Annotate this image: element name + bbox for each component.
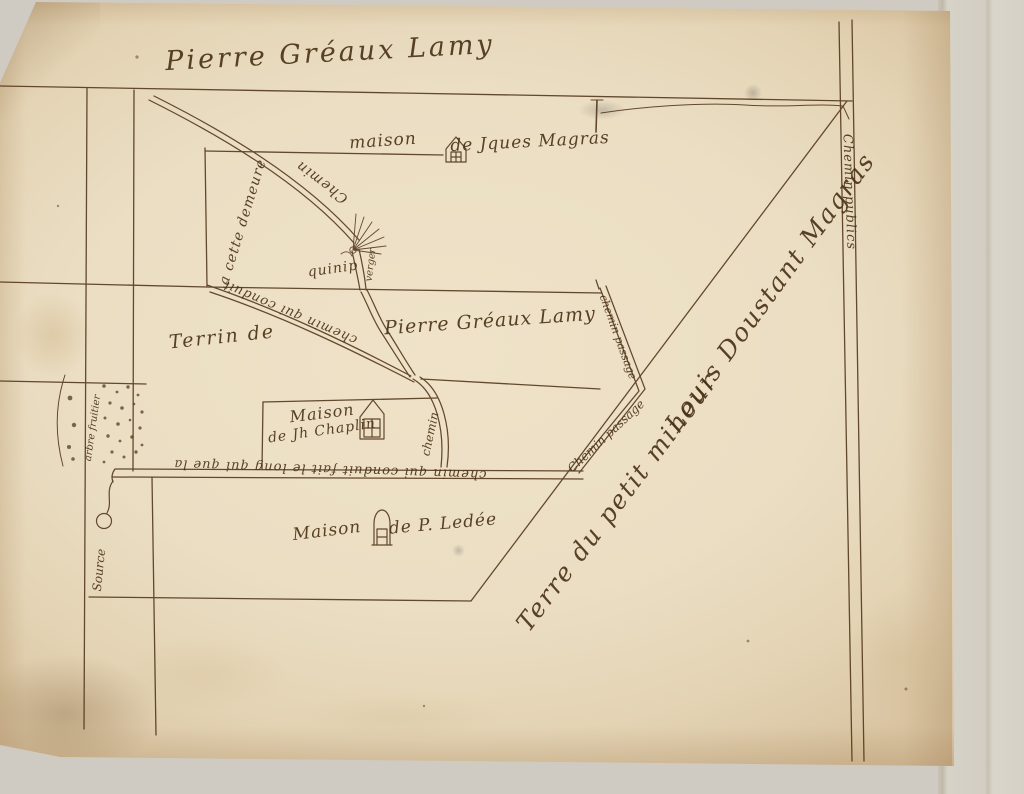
- house-icon-magras: [446, 137, 466, 162]
- orchard-dots: [67, 384, 144, 463]
- boundary-lines: [0, 86, 852, 735]
- house-icon-ledee: [372, 510, 392, 545]
- ink-specks: [57, 55, 908, 707]
- scanned-map-photo: Pierre Gréaux Lamymaisonde Jques MagrasC…: [0, 0, 1024, 794]
- map-drawing: [0, 0, 1024, 794]
- tree-fan-icon: [341, 214, 386, 256]
- house-icon-chaplin: [360, 400, 384, 439]
- spring-icon: [97, 481, 114, 529]
- chemin-publics-road: [839, 20, 864, 761]
